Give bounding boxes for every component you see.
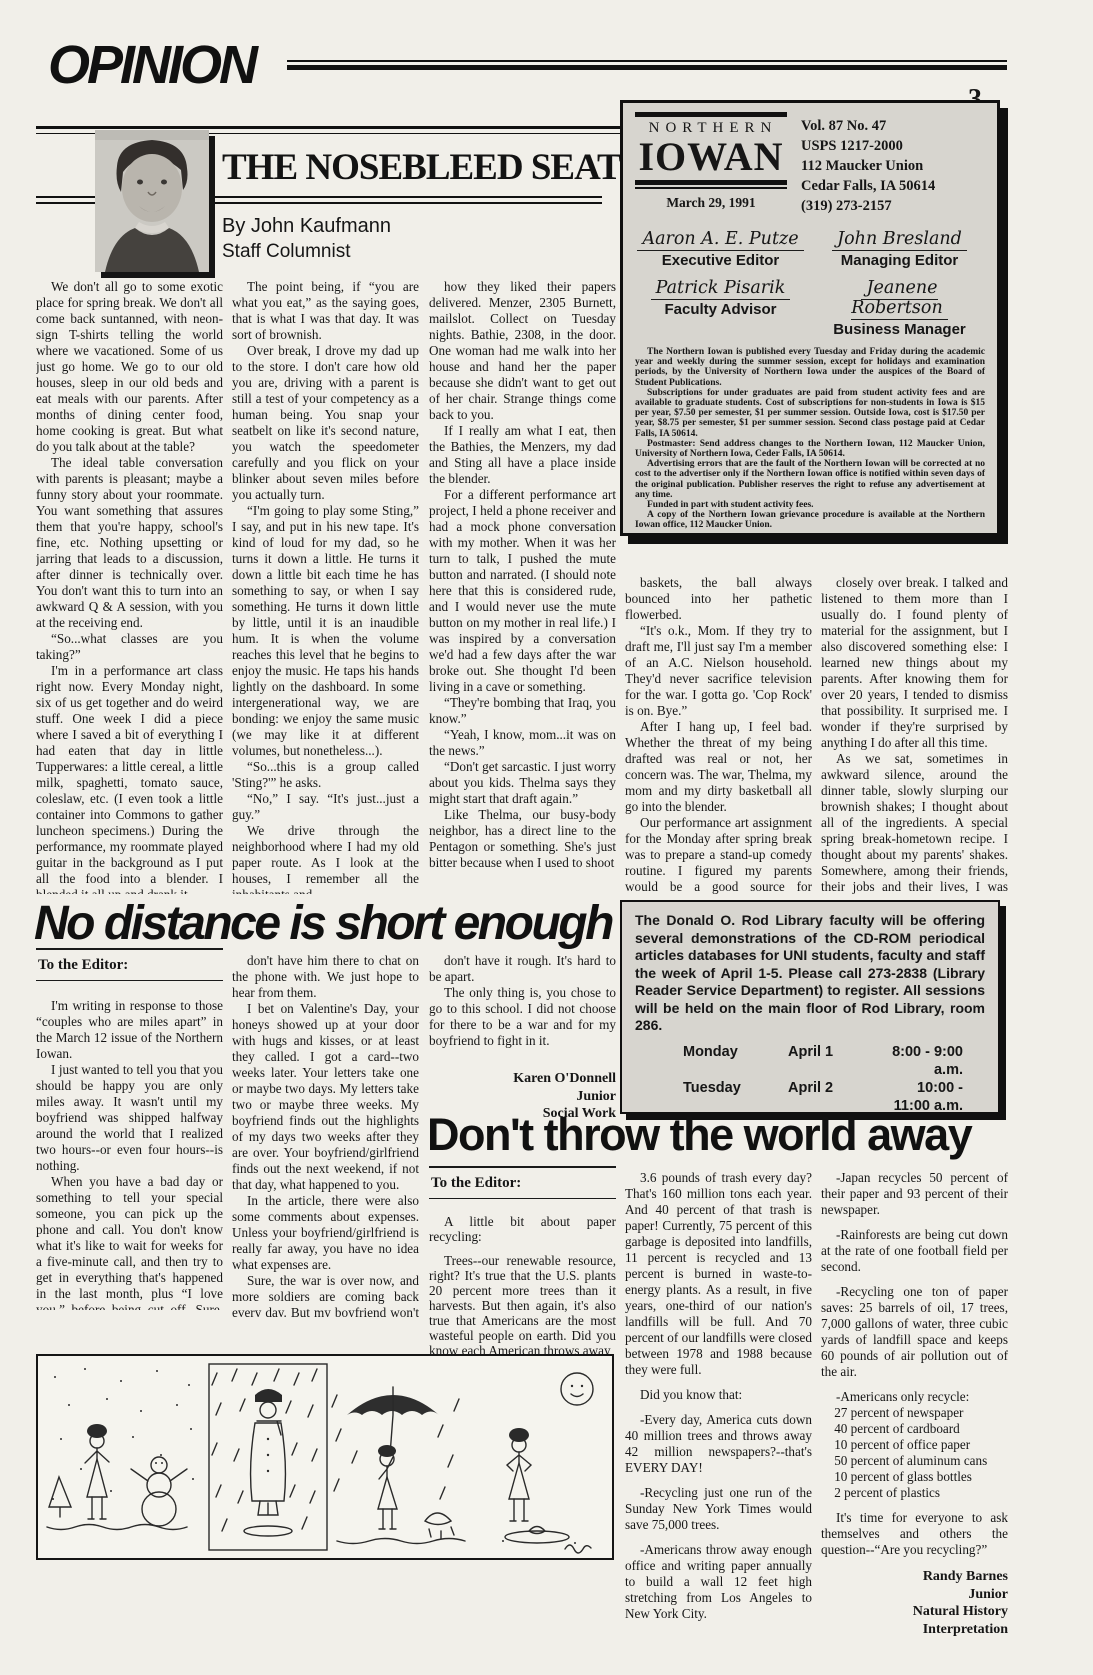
letter-signature-randy: Randy BarnesJuniorNatural HistoryInterpr… bbox=[821, 1568, 1008, 1638]
library-notice-body: The Donald O. Rod Library faculty will b… bbox=[635, 912, 985, 1035]
publication-info-line: (319) 273-2157 bbox=[801, 196, 985, 216]
fine-print-paragraph: Advertising errors that are the fault of… bbox=[635, 459, 985, 500]
publication-info-line: Cedar Falls, IA 50614 bbox=[801, 176, 985, 196]
article-paragraph: “No,” I say. “It's just...just a guy.” bbox=[232, 791, 419, 823]
melting-snow-mound bbox=[425, 1513, 454, 1539]
schedule-row: Monday April 1 8:00 - 9:00 a.m. bbox=[683, 1043, 963, 1079]
feature-byline: By John Kaufmann bbox=[222, 215, 391, 238]
article-column-1: We don't all go to some exotic place for… bbox=[36, 279, 223, 894]
article-column-2: The point being, if “you are what you ea… bbox=[232, 279, 419, 894]
feature-headline: THE NOSEBLEED SEATS bbox=[222, 146, 614, 189]
letter-recycle-column-3: -Japan recycles 50 percent of their pape… bbox=[821, 1170, 1008, 1670]
article-paragraph: If I really am what I eat, then the Bath… bbox=[429, 423, 616, 487]
letter-paragraph: -Americans only recycle: 27 percent of n… bbox=[821, 1389, 1008, 1501]
article-paragraph: “Don't get sarcastic. I just worry about… bbox=[429, 759, 616, 807]
masthead-rule bbox=[287, 60, 1007, 70]
publication-info-line: Vol. 87 No. 47 bbox=[801, 116, 985, 136]
article-paragraph: baskets, the ball always bounced into he… bbox=[625, 575, 812, 623]
logo-date: March 29, 1991 bbox=[635, 189, 787, 211]
letter-paragraph: I bet on Valentine's Day, your honeys sh… bbox=[232, 1001, 419, 1193]
schedule-day: Monday bbox=[683, 1043, 788, 1079]
letter-paragraph: -Rainforests are being cut down at the r… bbox=[821, 1227, 1008, 1275]
article-paragraph: We don't all go to some exotic place for… bbox=[36, 279, 223, 455]
article-paragraph: how they liked their papers delivered. M… bbox=[429, 279, 616, 423]
staff-member: Aaron A. E. Putze Executive Editor bbox=[635, 229, 806, 269]
to-the-editor-block: To the Editor: bbox=[36, 948, 223, 981]
article-paragraph: “Yeah, I know, mom...it was on the news.… bbox=[429, 727, 616, 759]
staff-member-title: Faculty Advisor bbox=[635, 301, 806, 318]
fine-print-paragraph: Funded in part with student activity fee… bbox=[635, 500, 985, 510]
letter-recycle-column-1: A little bit about paper recycling:Trees… bbox=[429, 1214, 616, 1354]
staff-member-name: Jeanene Robertson bbox=[814, 278, 985, 318]
staff-box: NORTHERN IOWAN March 29, 1991 Vol. 87 No… bbox=[620, 100, 1000, 536]
newspaper-page: OPINION The Northern IowanFriday, March … bbox=[0, 0, 1093, 1675]
article-column-5: closely over break. I talked and listene… bbox=[821, 575, 1008, 894]
publication-info: Vol. 87 No. 47USPS 1217-2000112 Maucker … bbox=[801, 112, 985, 216]
boots bbox=[258, 1501, 278, 1515]
publication-info-line: 112 Maucker Union bbox=[801, 156, 985, 176]
letter-distance-column-3: don't have it rough. It's hard to be apa… bbox=[429, 953, 616, 1065]
letter-headline-distance: No distance is short enough bbox=[34, 896, 609, 951]
staff-member-name: Patrick Pisarik bbox=[635, 278, 806, 298]
letter-paragraph: 3.6 pounds of trash every day? That's 16… bbox=[625, 1170, 812, 1378]
section-title: OPINION bbox=[48, 34, 255, 96]
woman-with-snowman bbox=[85, 1424, 109, 1519]
publication-info-line: USPS 1217-2000 bbox=[801, 136, 985, 156]
article-paragraph: Over break, I drove my dad up to the sto… bbox=[232, 343, 419, 503]
article-paragraph: Like Thelma, our busy-body neighbor, has… bbox=[429, 807, 616, 871]
signature-line: Junior bbox=[429, 1088, 616, 1106]
staff-member-title: Executive Editor bbox=[635, 252, 806, 269]
schedule-time: 8:00 - 9:00 a.m. bbox=[880, 1043, 963, 1079]
article-paragraph: As we sat, sometimes in awkward silence,… bbox=[821, 751, 1008, 894]
article-paragraph: “They're bombing that Iraq, you know.” bbox=[429, 695, 616, 727]
signature-line: Junior bbox=[821, 1586, 1008, 1604]
snow-dots bbox=[52, 1368, 194, 1500]
staff-member: Patrick Pisarik Faculty Advisor bbox=[635, 278, 806, 338]
article-paragraph: Our performance art assignment for the M… bbox=[625, 815, 812, 894]
artist-signature bbox=[565, 1545, 591, 1553]
article-paragraph: We drive through the neighborhood where … bbox=[232, 823, 419, 894]
editorial-cartoon bbox=[36, 1354, 614, 1560]
article-paragraph: After I hang up, I feel bad. Whether the… bbox=[625, 719, 812, 815]
signature-line: Karen O'Donnell bbox=[429, 1070, 616, 1088]
article-paragraph: “I'm going to play some Sting,” I say, a… bbox=[232, 503, 419, 759]
article-paragraph: For a different performance art project,… bbox=[429, 487, 616, 695]
schedule-date: April 1 bbox=[788, 1043, 880, 1079]
letter-paragraph: In the article, there were also some com… bbox=[232, 1193, 419, 1273]
letter-paragraph: When you have a bad day or something to … bbox=[36, 1174, 223, 1310]
fine-print-paragraph: The Northern Iowan is published every Tu… bbox=[635, 347, 985, 388]
letter-paragraph: Did you know that: bbox=[625, 1387, 812, 1403]
portrait-image bbox=[95, 130, 209, 272]
article-paragraph: “It's o.k., Mom. If they try to draft me… bbox=[625, 623, 812, 719]
sun bbox=[561, 1373, 593, 1405]
fur-hat bbox=[255, 1389, 282, 1402]
letter-paragraph: It's time for everyone to ask themselves… bbox=[821, 1510, 1008, 1558]
feature-byline-role: Staff Columnist bbox=[222, 241, 350, 263]
salutation: To the Editor: bbox=[429, 1168, 616, 1198]
northern-iowan-logo: NORTHERN IOWAN March 29, 1991 bbox=[635, 112, 787, 216]
last-snow-lump bbox=[529, 1527, 545, 1534]
letter-distance-column-2: don't have him there to chat on the phon… bbox=[232, 953, 419, 1317]
staff-member-name: Aaron A. E. Putze bbox=[635, 229, 806, 249]
columnist-photo bbox=[95, 130, 209, 272]
article-paragraph: “So...this is a group called 'Sting?'” h… bbox=[232, 759, 419, 791]
letter-paragraph: I'm writing in response to those “couple… bbox=[36, 998, 223, 1062]
letter-paragraph: A little bit about paper recycling: bbox=[429, 1214, 616, 1244]
salutation: To the Editor: bbox=[36, 950, 223, 980]
staff-member-title: Managing Editor bbox=[814, 252, 985, 269]
wet-ground bbox=[337, 1539, 465, 1544]
letter-paragraph: -Every day, America cuts down 40 million… bbox=[625, 1412, 812, 1476]
library-notice-box: The Donald O. Rod Library faculty will b… bbox=[620, 900, 1000, 1114]
article-paragraph: closely over break. I talked and listene… bbox=[821, 575, 1008, 751]
letter-paragraph: -Recycling one ton of paper saves: 25 ba… bbox=[821, 1284, 1008, 1380]
staff-member-title: Business Manager bbox=[814, 321, 985, 338]
article-paragraph: The ideal table conversation with parent… bbox=[36, 455, 223, 631]
logo-iowan: IOWAN bbox=[635, 137, 787, 180]
fine-print-paragraph: Postmaster: Send address changes to the … bbox=[635, 439, 985, 459]
letter-paragraph: -Japan recycles 50 percent of their pape… bbox=[821, 1170, 1008, 1218]
letter-paragraph: -Americans throw away enough office and … bbox=[625, 1542, 812, 1622]
snowman bbox=[131, 1457, 187, 1526]
umbrella-scene bbox=[332, 1387, 465, 1544]
to-the-editor-block-2: To the Editor: bbox=[429, 1166, 616, 1199]
letter-paragraph: -Recycling just one run of the Sunday Ne… bbox=[625, 1485, 812, 1533]
staff-grid: Aaron A. E. Putze Executive Editor John … bbox=[635, 229, 985, 338]
letter-paragraph: don't have him there to chat on the phon… bbox=[232, 953, 419, 1001]
article-paragraph: I'm in a performance art class right now… bbox=[36, 663, 223, 894]
letter-headline-recycle: Don't throw the world away bbox=[427, 1109, 1002, 1161]
letter-recycle-column-2: 3.6 pounds of trash every day? That's 16… bbox=[625, 1170, 812, 1668]
sun-scene bbox=[502, 1373, 593, 1553]
signature-line: Interpretation bbox=[821, 1621, 1008, 1639]
article-column-3: how they liked their papers delivered. M… bbox=[429, 279, 616, 894]
cartoon-image bbox=[41, 1359, 609, 1555]
publication-fine-print: The Northern Iowan is published every Tu… bbox=[635, 347, 985, 531]
signature-line: Randy Barnes bbox=[821, 1568, 1008, 1586]
letter-paragraph: The only thing is, you chose to go to th… bbox=[429, 985, 616, 1049]
letter-paragraph: don't have it rough. It's hard to be apa… bbox=[429, 953, 616, 985]
letter-paragraph: I just wanted to tell you that you shoul… bbox=[36, 1062, 223, 1174]
fine-print-paragraph: A copy of the Northern Iowan grievance p… bbox=[635, 510, 985, 530]
tree bbox=[49, 1477, 71, 1517]
article-column-4: baskets, the ball always bounced into he… bbox=[625, 575, 812, 894]
letter-paragraph: Trees--our renewable resource, right? It… bbox=[429, 1253, 616, 1354]
article-paragraph: “So...what classes are you taking?” bbox=[36, 631, 223, 663]
fine-print-paragraph: Subscriptions for under graduates are pa… bbox=[635, 388, 985, 439]
staff-member: John Bresland Managing Editor bbox=[814, 229, 985, 269]
rain-panel bbox=[209, 1364, 327, 1550]
staff-member-name: John Bresland bbox=[814, 229, 985, 249]
letter-distance-column-1: I'm writing in response to those “couple… bbox=[36, 998, 223, 1310]
staff-member: Jeanene Robertson Business Manager bbox=[814, 278, 985, 338]
puddle bbox=[244, 1526, 292, 1536]
library-schedule: Monday April 1 8:00 - 9:00 a.m. Tuesday … bbox=[635, 1043, 985, 1115]
letter-paragraph: Sure, the war is over now, and more sold… bbox=[232, 1273, 419, 1317]
article-paragraph: The point being, if “you are what you ea… bbox=[232, 279, 419, 343]
signature-line: Natural History bbox=[821, 1603, 1008, 1621]
